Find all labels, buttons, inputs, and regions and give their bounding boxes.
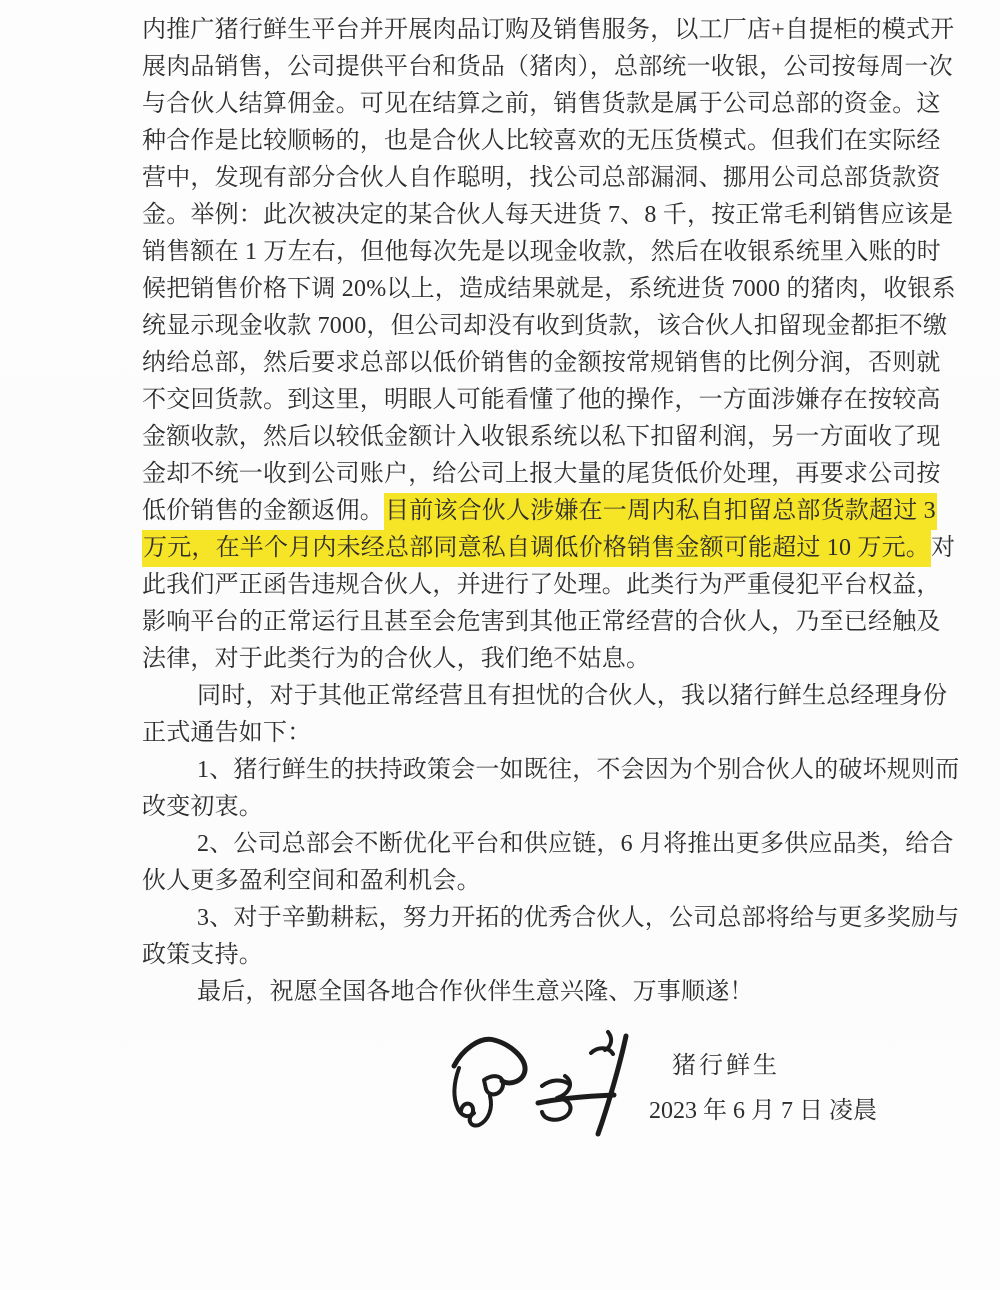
body-text: 金却不统一收到公司账户，给公司上报大量的尾货低价处理，再要求公司按: [142, 461, 941, 487]
text-line: 改变初衷。: [142, 789, 868, 826]
body-text: 内推广猪行鲜生平台并开展肉品订购及销售服务，以工厂店+自提柜的模式开: [142, 17, 954, 43]
text-line: 2、公司总部会不断优化平台和供应链，6 月将推出更多供应品类，给合: [142, 826, 868, 863]
body-text: 展肉品销售，公司提供平台和货品（猪肉），总部统一收银，公司按每周一次: [142, 54, 953, 80]
text-line: 万元，在半个月内未经总部同意私自调低价格销售金额可能超过 10 万元。对: [142, 530, 868, 567]
text-line: 营中，发现有部分合伙人自作聪明，找公司总部漏洞、挪用公司总部货款资: [142, 160, 868, 197]
body-text: 3、对于辛勤耕耘，努力开拓的优秀合伙人，公司总部将给与更多奖励与: [197, 905, 959, 931]
text-line: 政策支持。: [142, 937, 868, 974]
text-line: 与合伙人结算佣金。可见在结算之前，销售货款是属于公司总部的资金。这: [142, 86, 868, 123]
body-text: 与合伙人结算佣金。可见在结算之前，销售货款是属于公司总部的资金。这: [142, 91, 941, 117]
text-line: 影响平台的正常运行且甚至会危害到其他正常经营的合伙人，乃至已经触及: [142, 604, 868, 641]
body-text: 政策支持。: [142, 942, 263, 968]
document-body: 内推广猪行鲜生平台并开展肉品订购及销售服务，以工厂店+自提柜的模式开展肉品销售，…: [142, 12, 868, 1011]
body-text: 同时，对于其他正常经营且有担忧的合伙人，我以猪行鲜生总经理身份: [197, 683, 947, 709]
text-line: 同时，对于其他正常经营且有担忧的合伙人，我以猪行鲜生总经理身份: [142, 678, 868, 715]
text-line: 内推广猪行鲜生平台并开展肉品订购及销售服务，以工厂店+自提柜的模式开: [142, 12, 868, 49]
body-text: 法律，对于此类行为的合伙人，我们绝不姑息。: [142, 646, 650, 672]
text-line: 金额收款，然后以较低金额计入收银系统以私下扣留利润，另一方面收了现: [142, 419, 868, 456]
text-line: 法律，对于此类行为的合伙人，我们绝不姑息。: [142, 641, 868, 678]
body-text: 低价销售的金额返佣。: [142, 498, 384, 524]
text-line: 纳给总部，然后要求总部以低价销售的金额按常规销售的比例分润，否则就: [142, 345, 868, 382]
text-line: 正式通告如下：: [142, 715, 868, 752]
body-text: 此我们严正函告违规合伙人，并进行了处理。此类行为严重侵犯平台权益，: [142, 572, 941, 598]
text-line: 金却不统一收到公司账户，给公司上报大量的尾货低价处理，再要求公司按: [142, 456, 868, 493]
body-text: 金。举例：此次被决定的某合伙人每天进货 7、8 千，按正常毛利销售应该是: [142, 202, 953, 228]
body-text: 伙人更多盈利空间和盈利机会。: [142, 868, 481, 894]
text-line: 最后，祝愿全国各地合作伙伴生意兴隆、万事顺遂！: [142, 974, 868, 1011]
text-line: 种合作是比较顺畅的，也是合伙人比较喜欢的无压货模式。但我们在实际经: [142, 123, 868, 160]
highlighted-text: 目前该合伙人涉嫌在一周内私自扣留总部货款超过 3: [384, 493, 937, 530]
text-line: 3、对于辛勤耕耘，努力开拓的优秀合伙人，公司总部将给与更多奖励与: [142, 900, 868, 937]
highlighted-text: 万元，在半个月内未经总部同意私自调低价格销售金额可能超过 10 万元。: [142, 530, 931, 567]
text-line: 统显示现金收款 7000，但公司却没有收到货款，该合伙人扣留现金都拒不缴: [142, 308, 868, 345]
body-text: 统显示现金收款 7000，但公司却没有收到货款，该合伙人扣留现金都拒不缴: [142, 313, 947, 339]
text-line: 伙人更多盈利空间和盈利机会。: [142, 863, 868, 900]
body-text: 纳给总部，然后要求总部以低价销售的金额按常规销售的比例分润，否则就: [142, 350, 941, 376]
text-line: 不交回货款。到这里，明眼人可能看懂了他的操作，一方面涉嫌存在按较高: [142, 382, 868, 419]
text-line: 销售额在 1 万左右，但他每次先是以现金收款，然后在收银系统里入账的时: [142, 234, 868, 271]
text-line: 候把销售价格下调 20%以上，造成结果就是，系统进货 7000 的猪肉，收银系: [142, 271, 868, 308]
body-text: 正式通告如下：: [142, 720, 311, 746]
body-text: 影响平台的正常运行且甚至会危害到其他正常经营的合伙人，乃至已经触及: [142, 609, 941, 635]
text-line: 低价销售的金额返佣。目前该合伙人涉嫌在一周内私自扣留总部货款超过 3: [142, 493, 868, 530]
body-text: 2、公司总部会不断优化平台和供应链，6 月将推出更多供应品类，给合: [197, 831, 954, 857]
body-text: 不交回货款。到这里，明眼人可能看懂了他的操作，一方面涉嫌存在按较高: [142, 387, 941, 413]
body-text: 种合作是比较顺畅的，也是合伙人比较喜欢的无压货模式。但我们在实际经: [142, 128, 941, 154]
body-text: 销售额在 1 万左右，但他每次先是以现金收款，然后在收银系统里入账的时: [142, 239, 941, 265]
text-line: 展肉品销售，公司提供平台和货品（猪肉），总部统一收银，公司按每周一次: [142, 49, 868, 86]
signature-company: 猪行鲜生: [672, 1051, 780, 1081]
body-text: 金额收款，然后以较低金额计入收银系统以私下扣留利润，另一方面收了现: [142, 424, 941, 450]
body-text: 候把销售价格下调 20%以上，造成结果就是，系统进货 7000 的猪肉，收银系: [142, 276, 956, 302]
document-page: 内推广猪行鲜生平台并开展肉品订购及销售服务，以工厂店+自提柜的模式开展肉品销售，…: [0, 0, 1000, 1290]
body-text: 改变初衷。: [142, 794, 263, 820]
body-text: 1、猪行鲜生的扶持政策会一如既往，不会因为个别合伙人的破坏规则而: [197, 757, 959, 783]
text-line: 1、猪行鲜生的扶持政策会一如既往，不会因为个别合伙人的破坏规则而: [142, 752, 868, 789]
signature-date: 2023 年 6 月 7 日 凌晨: [649, 1096, 877, 1126]
body-text: 营中，发现有部分合伙人自作聪明，找公司总部漏洞、挪用公司总部货款资: [142, 165, 941, 191]
text-line: 此我们严正函告违规合伙人，并进行了处理。此类行为严重侵犯平台权益，: [142, 567, 868, 604]
text-line: 金。举例：此次被决定的某合伙人每天进货 7、8 千，按正常毛利销售应该是: [142, 197, 868, 234]
handwritten-signature-icon: [446, 1022, 644, 1144]
body-text: 对: [931, 535, 955, 561]
body-text: 最后，祝愿全国各地合作伙伴生意兴隆、万事顺遂！: [197, 979, 754, 1005]
